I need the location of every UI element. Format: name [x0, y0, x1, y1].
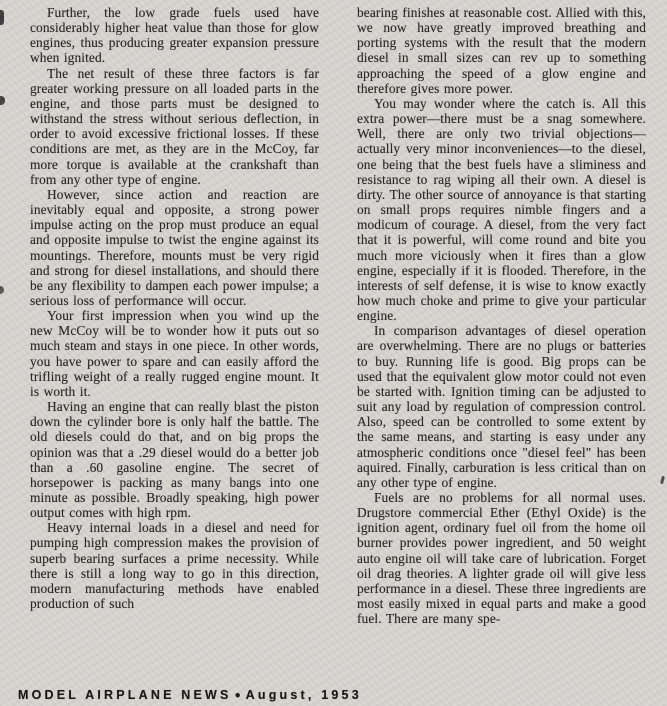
- scan-artifact: [0, 96, 5, 105]
- paragraph: Heavy internal loads in a diesel and nee…: [30, 520, 319, 611]
- left-column: Further, the low grade fuels used have c…: [30, 5, 319, 626]
- magazine-page: Further, the low grade fuels used have c…: [0, 0, 667, 706]
- bullet-separator-icon: ●: [235, 690, 241, 701]
- paragraph: The net result of these three factors is…: [30, 66, 319, 187]
- paragraph: Your first impression when you wind up t…: [30, 308, 319, 399]
- paragraph: In comparison advantages of diesel opera…: [357, 323, 646, 490]
- paragraph: bearing finishes at reasonable cost. All…: [357, 5, 646, 96]
- text-columns: Further, the low grade fuels used have c…: [30, 5, 642, 626]
- paragraph: Having an engine that can really blast t…: [30, 399, 319, 520]
- footer-issue-date: August, 1953: [246, 688, 362, 702]
- paragraph: You may wonder where the catch is. All t…: [357, 96, 646, 323]
- footer-magazine-title: MODEL AIRPLANE NEWS: [18, 688, 232, 702]
- paragraph: Fuels are no problems for all normal use…: [357, 490, 646, 626]
- scan-artifact: [0, 286, 4, 294]
- page-footer: MODEL AIRPLANE NEWS●August, 1953: [18, 688, 362, 702]
- right-column: bearing finishes at reasonable cost. All…: [357, 5, 646, 626]
- scan-artifact: [660, 476, 665, 484]
- paragraph: Further, the low grade fuels used have c…: [30, 5, 319, 66]
- paragraph: However, since action and reaction are i…: [30, 187, 319, 308]
- scan-artifact: [0, 10, 4, 25]
